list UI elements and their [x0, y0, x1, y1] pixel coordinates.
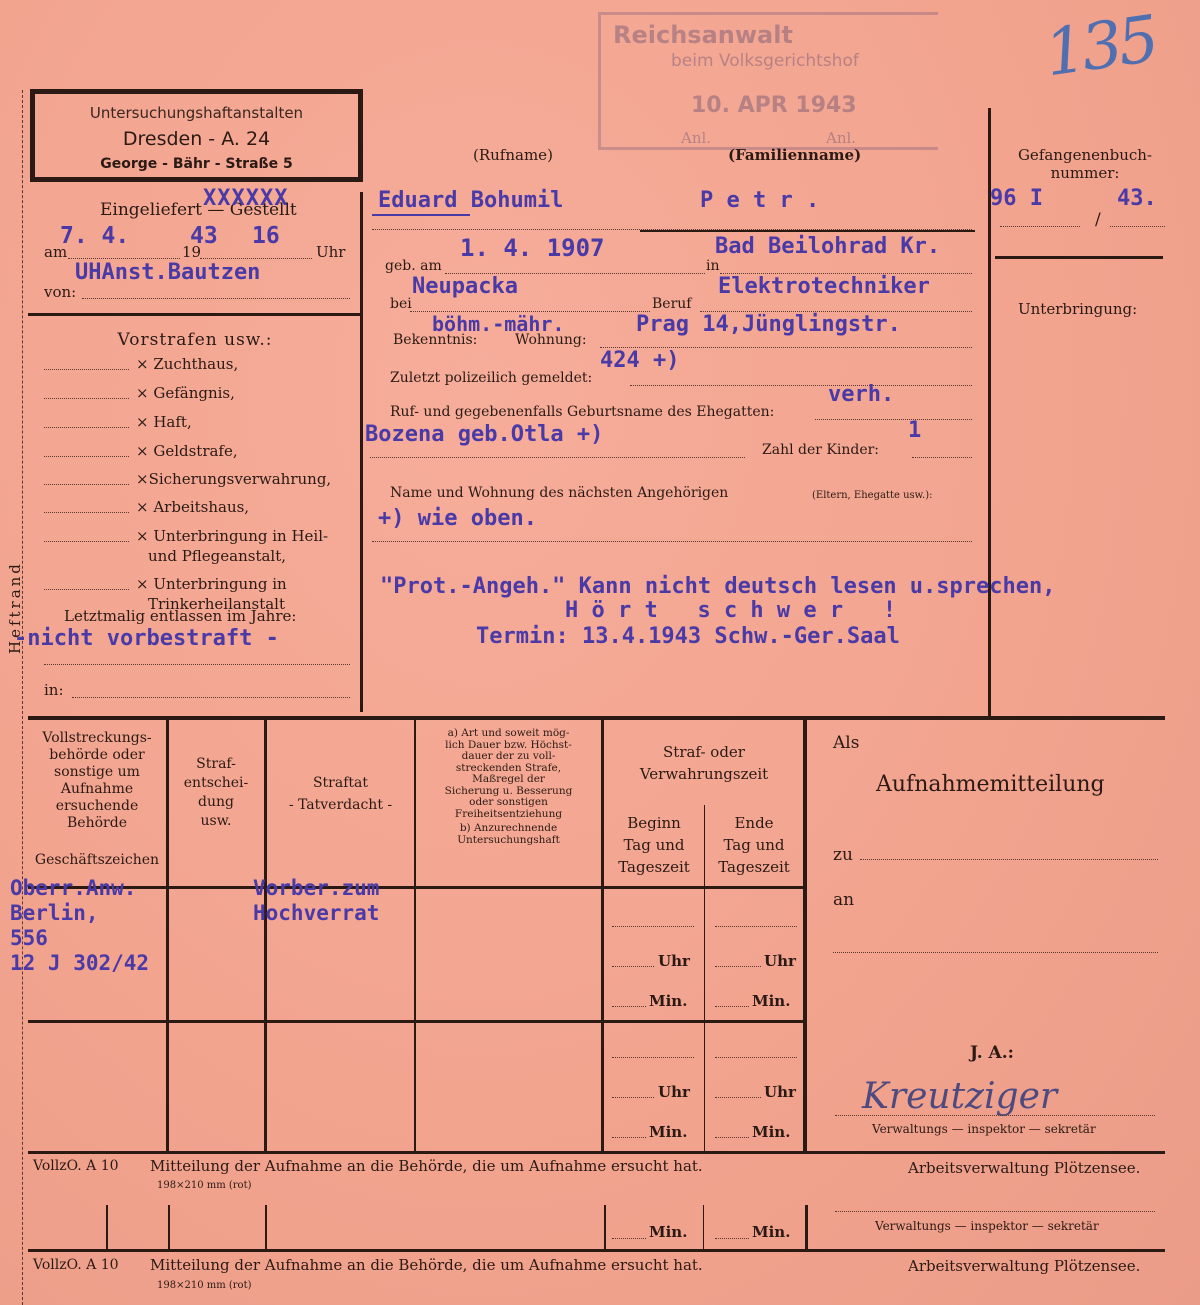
th-authority: Vollstreckungs- behörde oder sonstige um… — [30, 730, 164, 832]
marital-status: verh. — [828, 382, 894, 407]
form-id-copy: VollzO. A 10 — [33, 1257, 119, 1273]
th-begin: Beginn Tag und Tageszeit — [604, 812, 704, 878]
intake-day-month: 7. 4. — [60, 223, 129, 249]
form-size: 198×210 mm (rot) — [157, 1180, 252, 1191]
folio-number: 135 — [1040, 3, 1159, 92]
th-authority-ref: Geschäftszeichen — [30, 852, 164, 868]
table-top-border — [28, 716, 1165, 720]
label-buchnummer: Gefangenenbuch- nummer: — [1000, 146, 1170, 182]
divider-buchnummer — [995, 256, 1163, 259]
form-caption: Mitteilung der Aufnahme an die Behörde, … — [150, 1157, 703, 1175]
document-page: 135 Reichsanwalt beim Volksgerichtshof 1… — [0, 0, 1200, 1305]
issuer: Arbeitsverwaltung Plötzensee. — [908, 1159, 1140, 1177]
registered-address: 424 +) — [600, 348, 679, 373]
received-date: 10. APR 1943 — [691, 93, 857, 118]
remark-line-3: Termin: 13.4.1943 Schw.-Ger.Saal — [476, 624, 900, 649]
intake-hour: 16 — [252, 223, 280, 249]
th-period: Straf- oder Verwahrungszeit — [604, 741, 804, 785]
remark-line-2: H ö r t s c h w e r ! — [565, 598, 896, 623]
binding-margin-line — [22, 90, 23, 1305]
signer-title: Verwaltungs — inspektor — sekretär — [872, 1122, 1096, 1136]
birth-place: Bad Beilohrad Kr. — [715, 234, 940, 259]
label-unterbringung: Unterbringung: — [1018, 300, 1137, 318]
prior-record-list: × Zuchthaus, × Gefängnis, × Haft, × Geld… — [44, 355, 364, 615]
label-als: Als — [833, 733, 859, 753]
form-size-copy: 198×210 mm (rot) — [157, 1280, 252, 1291]
th-duration: a) Art und soweit mög- lich Dauer bzw. H… — [416, 728, 601, 820]
form-id: VollzO. A 10 — [33, 1158, 119, 1174]
children-count: 1 — [908, 418, 921, 443]
intake-from: UHAnst.Bautzen — [75, 260, 260, 285]
th-decision: Straf- entschei- dung usw. — [168, 755, 264, 831]
occupation: Elektrotechniker — [718, 274, 930, 299]
label-familienname: (Familienname) — [728, 146, 861, 164]
signer-title-copy: Verwaltungs — inspektor — sekretär — [875, 1219, 1099, 1233]
prisoner-first-names: Eduard Bohumil — [378, 188, 563, 213]
prior-record-heading: Vorstrafen usw.: — [40, 330, 350, 350]
spouse-name: Bozena geb.Otla +) — [365, 422, 603, 447]
notice-title: Aufnahmemitteilung — [876, 772, 1105, 797]
label-entlassen: Letztmalig entlassen im Jahre: — [64, 607, 296, 625]
row1-offense: Vorber.zum Hochverrat — [253, 876, 379, 926]
strike-mark: XXXXXX — [203, 186, 288, 211]
th-offense: Straftat - Tatverdacht - — [267, 772, 414, 816]
row1-authority: Oberr.Anw. Berlin, 556 12 J 302/42 — [10, 876, 149, 976]
birth-date: 1. 4. 1907 — [460, 234, 605, 262]
label-rufname: (Rufname) — [473, 146, 553, 164]
institution-stamp: Untersuchungshaftanstalten Dresden - A. … — [30, 89, 363, 182]
issuer-copy: Arbeitsverwaltung Plötzensee. — [908, 1257, 1140, 1275]
divider-intake — [28, 313, 360, 316]
signature: Kreutziger — [862, 1076, 1057, 1117]
birth-near: Neupacka — [412, 274, 518, 299]
th-duration-b: b) Anzurechnende Untersuchungshaft — [416, 823, 601, 846]
received-stamp: Reichsanwalt beim Volksgerichtshof 10. A… — [598, 12, 938, 150]
prisoner-surname: P e t r . — [700, 188, 819, 213]
residence: Prag 14,Jünglingstr. — [636, 312, 901, 337]
book-number-right: 43. — [1117, 186, 1157, 211]
book-number-left: 96 I — [990, 186, 1043, 211]
prior-record-value: -nicht vorbestraft - — [14, 626, 279, 651]
form-caption-copy: Mitteilung der Aufnahme an die Behörde, … — [150, 1256, 703, 1274]
remark-line-1: "Prot.-Angeh." Kann nicht deutsch lesen … — [380, 574, 1056, 599]
th-end: Ende Tag und Tageszeit — [705, 812, 803, 878]
next-of-kin: +) wie oben. — [378, 506, 537, 531]
